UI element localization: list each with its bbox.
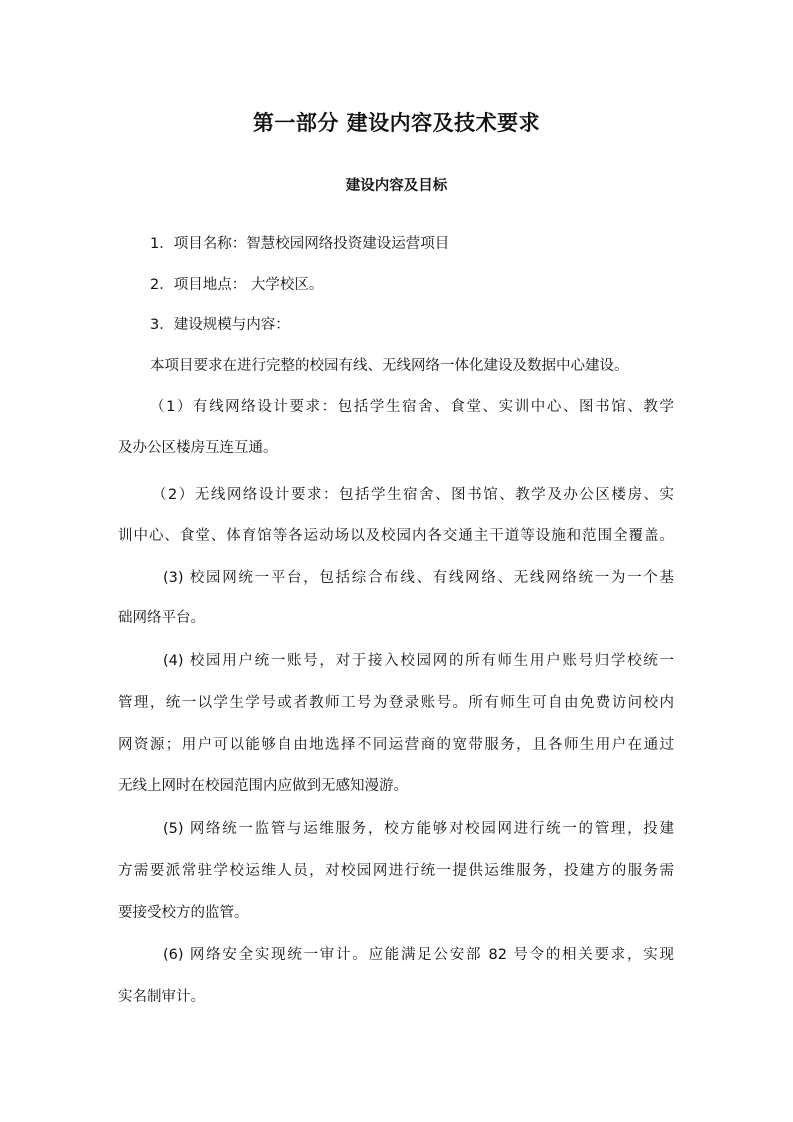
requirement-4-line-2: 管理，统一以学生学号或者教师工号为登录账号。所有师生可自由免费访问校内	[118, 692, 674, 714]
requirement-6-line-1: (6) 网络安全实现统一审计。应能满足公安部 82 号令的相关要求，实现	[163, 944, 674, 966]
requirement-5-line-3: 要接受校方的监管。	[118, 902, 678, 924]
requirement-1-line-1: （1）有线网络设计要求：包括学生宿舍、食堂、实训中心、图书馆、教学	[150, 396, 674, 418]
requirement-4-line-1: (4) 校园用户统一账号，对于接入校园网的所有师生用户账号归学校统一	[163, 650, 674, 672]
requirement-2-line-2: 训中心、食堂、体育馆等各运动场以及校园内各交通主干道等设施和范围全覆盖。	[118, 525, 674, 547]
item-project-location: 2．项目地点： 大学校区。	[150, 274, 710, 296]
requirement-5-line-2: 方需要派常驻学校运维人员，对校园网进行统一提供运维服务，投建方的服务需	[118, 860, 674, 882]
section-subtitle: 建设内容及目标	[0, 175, 793, 197]
requirement-6-line-2: 实名制审计。	[118, 986, 678, 1008]
requirement-4-line-4: 无线上网时在校园范围内应做到无感知漫游。	[118, 775, 678, 797]
intro-paragraph: 本项目要求在进行完整的校园有线、无线网络一体化建设及数据中心建设。	[150, 355, 710, 377]
requirement-4-line-3: 网资源；用户可以能够自由地选择不同运营商的宽带服务，且各师生用户在通过	[118, 734, 674, 756]
item-project-name: 1．项目名称：智慧校园网络投资建设运营项目	[150, 233, 710, 255]
requirement-3-line-2: 础网络平台。	[118, 607, 678, 629]
section-title: 第一部分 建设内容及技术要求	[0, 108, 793, 138]
requirement-5-line-1: (5) 网络统一监管与运维服务，校方能够对校园网进行统一的管理，投建	[163, 818, 674, 840]
requirement-2-line-1: （2）无线网络设计要求：包括学生宿舍、图书馆、教学及办公区楼房、实	[152, 484, 674, 506]
document-page: 第一部分 建设内容及技术要求 建设内容及目标 1．项目名称：智慧校园网络投资建设…	[0, 0, 793, 1122]
requirement-3-line-1: (3) 校园网统一平台，包括综合布线、有线网络、无线网络统一为一个基	[163, 567, 674, 589]
requirement-1-line-2: 及办公区楼房互连互通。	[118, 437, 678, 459]
item-scale-content: 3．建设规模与内容：	[150, 314, 710, 336]
